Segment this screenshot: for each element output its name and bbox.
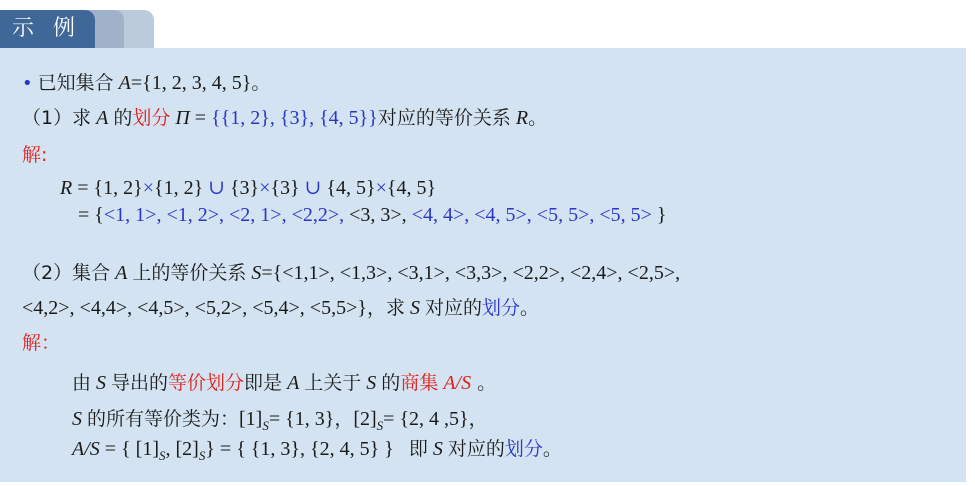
relation-r-line-1: R = {1, 2}×{1, 2} ∪ {3}×{3} ∪ {4, 5}×{4,… xyxy=(60,175,436,200)
answer-line-3: A/S = { [1]S, [2]S} = { {1, 3}, {2, 4, 5… xyxy=(72,434,562,464)
answer-line-1: 由 S 导出的等价划分即是 A 上关于 S 的商集 A/S 。 xyxy=(72,368,496,395)
bullet-icon: • xyxy=(22,73,33,94)
slide-title-tab: 示 例 xyxy=(0,10,160,48)
relation-r-line-2: = {<1, 1>, <1, 2>, <2, 1>, <2,2>, <3, 3>… xyxy=(78,204,667,227)
intro-line: • 已知集合 A={1, 2, 3, 4, 5}。 xyxy=(22,68,270,95)
question-1: （1）求 A 的划分 Π = {{1, 2}, {3}, {4, 5}}对应的等… xyxy=(22,103,547,130)
content-panel: • 已知集合 A={1, 2, 3, 4, 5}。 （1）求 A 的划分 Π =… xyxy=(0,48,966,482)
question-2-line-1: （2）集合 A 上的等价关系 S={<1,1>, <1,3>, <3,1>, <… xyxy=(22,258,680,285)
answer-line-2: S 的所有等价类为：[1]S= {1, 3}，[2]S= {2, 4 ,5}， xyxy=(72,404,488,434)
question-2-line-2: <4,2>, <4,4>, <4,5>, <5,2>, <5,4>, <5,5>… xyxy=(22,293,539,320)
tab-title: 示 例 xyxy=(0,10,95,48)
solution-label-2: 解： xyxy=(22,328,60,355)
solution-label-1: 解: xyxy=(22,140,47,167)
